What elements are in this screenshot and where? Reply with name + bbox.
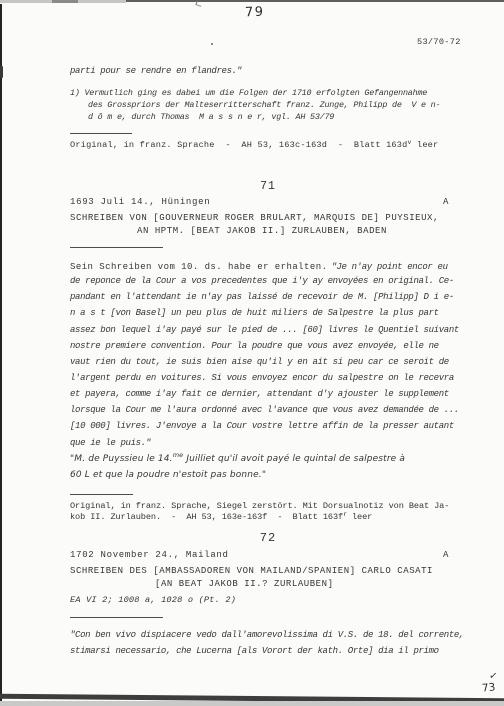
quote-line: de reponce de la Cour a vos precedentes … (70, 273, 472, 289)
reference-number: 53/70-72 (417, 37, 461, 47)
handwritten-page-number: 79 (245, 5, 265, 21)
footnote-line: des Grosspriors der Malteserritterschaft… (88, 100, 440, 110)
superscript: me (173, 451, 184, 459)
quote-line: nostre premiere convention. Pour la poud… (70, 338, 472, 354)
footnote-line: 1) Vermutlich ging es dabei um die Folge… (70, 88, 427, 98)
quote-line: et payera, comme i'ay fait ce dernier, a… (70, 386, 472, 402)
archive-note-text: kob II. Zurlauben. - AH 53, 163e-163f - … (70, 512, 343, 522)
quote-start: "Je n'ay point encor eu (331, 262, 447, 272)
superscript: v (408, 139, 412, 146)
entry-title-line: SCHREIBEN DES [AMBASSADOREN VON MAILAND/… (70, 566, 433, 576)
entry-number: 71 (70, 180, 466, 193)
quote-line: stimarsi necessario, che Lucerna [als Vo… (70, 646, 439, 656)
archive-note-line: kob II. Zurlauben. - AH 53, 163e-163f - … (70, 512, 372, 524)
entry71-body: Sein Schreiben vom 10. ds. habe er erhal… (70, 257, 472, 483)
footnote-line: d ô m e, durch Thomas M a s s n e r, vgl… (88, 112, 334, 122)
entry-title-line: [AN BEAT JAKOB II.? ZURLAUBEN] (155, 579, 334, 589)
scan-speck (211, 43, 213, 45)
scan-bottom-shadow (0, 701, 504, 706)
separator-rule (70, 247, 163, 248)
entry-number: 72 (70, 531, 466, 545)
quote-line: lorsque la Cour me l'aura ordonné avec l… (70, 402, 472, 418)
pen-mark (195, 0, 202, 7)
scan-smudge (52, 0, 78, 3)
dorsal-note-line: 60 L et que la poudre n'estoit pas bonne… (70, 467, 472, 483)
superscript: r (343, 511, 347, 518)
scan-left-notch (0, 66, 3, 78)
quote-line: assez bon lequel i'ay payé sur le pied d… (70, 322, 472, 338)
archive-note-text: Original, in franz. Sprache - AH 53, 163… (70, 140, 408, 150)
separator-rule (70, 617, 163, 618)
quote-line: que ie le puis." (70, 435, 472, 451)
archive-note-text: leer (412, 140, 439, 150)
dorsal-note-line: "M. de Puyssieu le 14.me Juilliet qu'il … (70, 451, 472, 467)
entry-title-line: SCHREIBEN VON [GOUVERNEUR ROGER BRULART,… (70, 213, 439, 223)
scan-left-edge (0, 4, 2, 706)
quote-line: n a s t [von Basel] un peu plus de huit … (70, 305, 472, 321)
scan-top-edge-dark (126, 0, 504, 2)
archive-note-line: Original, in franz. Sprache, Siegel zers… (70, 501, 449, 513)
dorsal-note-text: Juilliet qu'il avoit payé le quintal de … (183, 454, 405, 464)
entry-series-marker: A (443, 197, 449, 207)
separator-rule (70, 133, 132, 134)
scanned-archive-page: 79 53/70-72 parti pour se rendre en flan… (0, 0, 504, 706)
regest-intro: Sein Schreiben vom 10. ds. habe er erhal… (70, 262, 327, 272)
quote-line: vaut rien du tout, ie suis bien aise qu'… (70, 354, 472, 370)
archive-note: Original, in franz. Sprache - AH 53, 163… (70, 140, 438, 150)
dorsal-note-text: "M. de Puyssieu le 14. (70, 454, 173, 464)
entry-series-marker: A (443, 550, 449, 560)
entry-date-place: 1702 November 24., Mailand (70, 550, 229, 560)
handwritten-corner-number: 73 (481, 681, 496, 694)
source-reference: EA VI 2; 1008 a, 1028 o (Pt. 2) (70, 595, 236, 605)
opening-quote-line: parti pour se rendre en flandres." (70, 66, 242, 76)
separator-rule (70, 494, 133, 495)
entry-date-place: 1693 Juli 14., Hüningen (70, 197, 210, 207)
regest-intro-line: Sein Schreiben vom 10. ds. habe er erhal… (70, 257, 472, 273)
quote-line: l'argent perdu en voitures. Si vous envo… (70, 370, 472, 386)
quote-line: pandant en l'attendant ie n'ay pas laiss… (70, 289, 472, 305)
entry-title-line: AN HPTM. [BEAT JAKOB II.] ZURLAUBEN, BAD… (137, 226, 387, 236)
archive-note-text: leer (347, 512, 372, 522)
quote-line: [10 000] livres. J'envoye a la Cour vost… (70, 418, 472, 434)
quote-line: "Con ben vivo dispiacere vedo dall'amore… (70, 630, 464, 640)
